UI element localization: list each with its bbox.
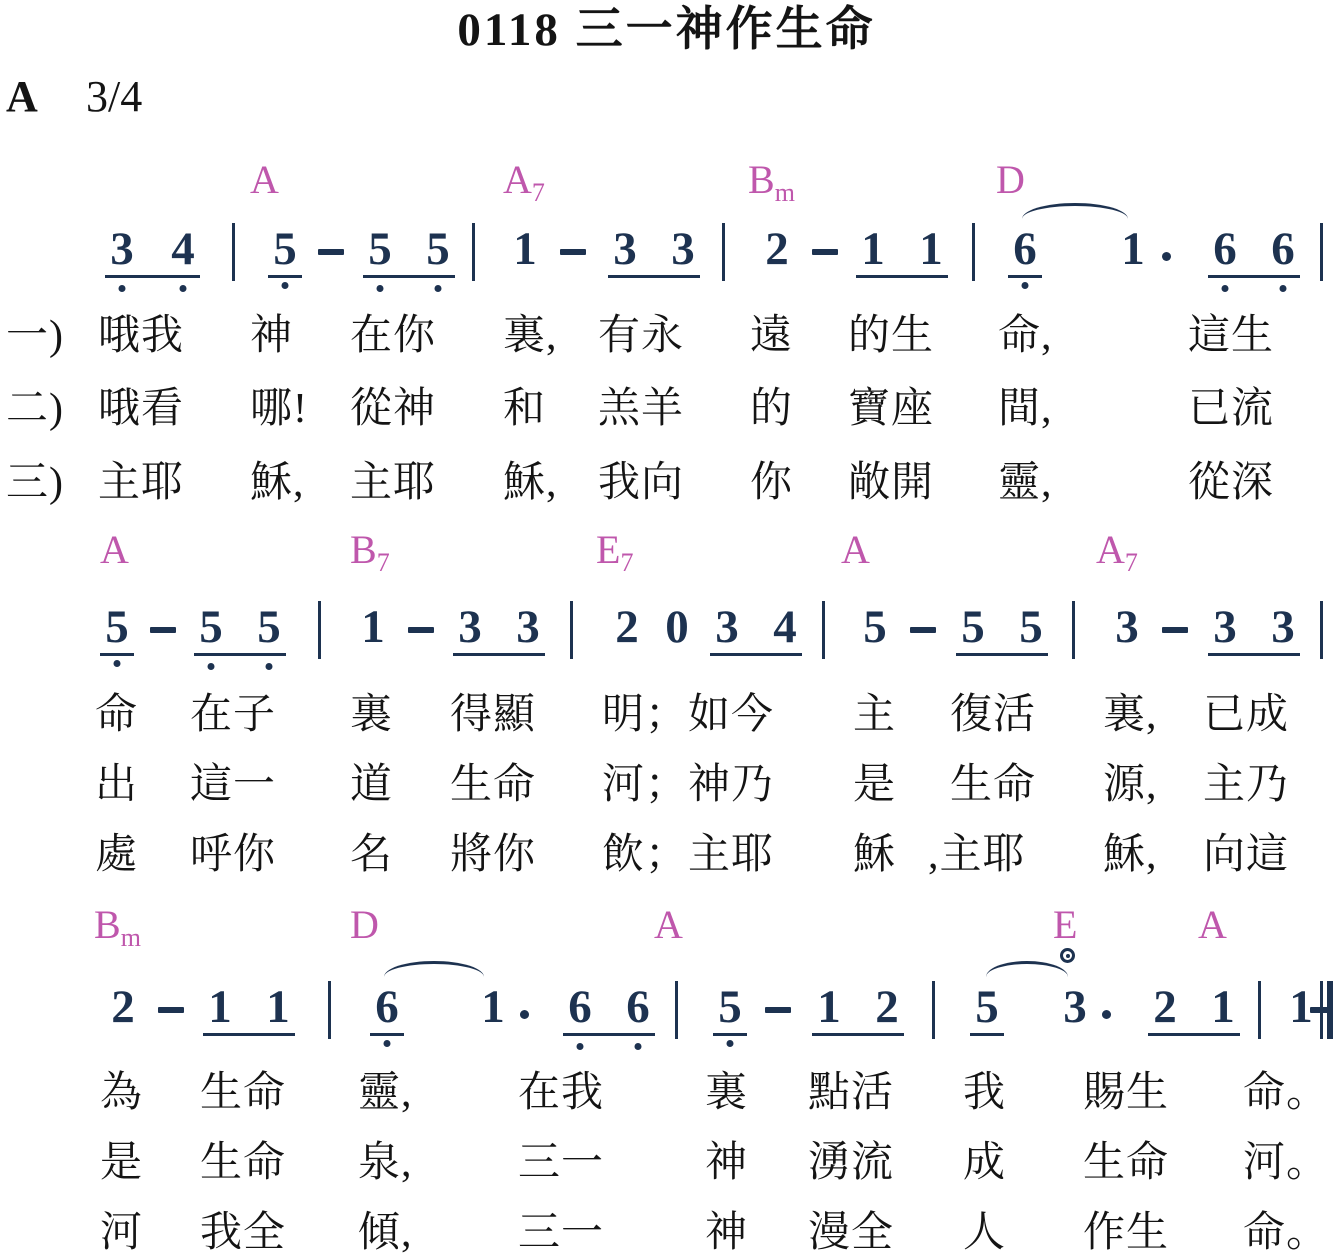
note-digit: 4 (166, 222, 200, 278)
lyric-segment: ,主耶 (928, 832, 1026, 878)
note-digit: 3 (1058, 980, 1092, 1036)
chord-label: Bm (748, 158, 795, 215)
lyric-segment: 河 (100, 1210, 143, 1256)
beamed-note-group: 12 (812, 980, 904, 1036)
lyric-segment: 河。 (1243, 1140, 1329, 1186)
duration-dash (158, 1007, 184, 1013)
note-digit: 1 (356, 600, 390, 656)
lyric-segment: 敞開 (848, 460, 934, 506)
note-digit: 3 (1208, 600, 1242, 656)
chord-subscript: m (775, 178, 795, 207)
note-digit: 6 (621, 980, 655, 1036)
note-digit: 5 (252, 600, 286, 656)
note-digit: 2 (106, 980, 140, 1036)
note-digit: 2 (760, 222, 794, 278)
duration-dash (318, 249, 344, 255)
note-digit: 5 (1014, 600, 1048, 656)
note-digit: 1 (1206, 980, 1240, 1036)
lyric-segment: 漫全 (808, 1210, 894, 1256)
note-digit: 5 (100, 600, 134, 656)
note-digit: 5 (421, 222, 455, 278)
low-octave-dot (119, 285, 126, 292)
barline (675, 981, 678, 1039)
lyric-segment: 源, (1103, 762, 1158, 808)
note-digit: 3 (453, 600, 487, 656)
lyric-segment: 主耶 (350, 460, 436, 506)
lyric-segment: 神 (250, 313, 293, 359)
note-digit: 1 (476, 980, 510, 1036)
low-octave-dot (377, 285, 384, 292)
lyric-segment: 裏, (503, 313, 558, 359)
duration-dash (910, 627, 936, 633)
note-digit: 1 (261, 980, 295, 1036)
lyric-segment: 點活 (808, 1070, 894, 1116)
lyric-segment: 得顯 (450, 692, 536, 738)
lyric-segment: 羔羊 (598, 386, 684, 432)
note-digit: 1 (812, 980, 846, 1036)
beamed-note-group: 33 (1208, 600, 1300, 656)
lyric-segment: 穌, (1103, 832, 1158, 878)
duration-dash (560, 249, 586, 255)
lyric-segment: 生命 (950, 762, 1036, 808)
low-octave-dot (180, 285, 187, 292)
beamed-note-group: 11 (203, 980, 295, 1036)
augmentation-dot (1162, 252, 1171, 261)
lyric-segment: 是 (100, 1140, 143, 1186)
note-digit: 5 (194, 600, 228, 656)
chord-label: D (996, 158, 1025, 202)
note-digit: 1 (914, 222, 948, 278)
lyric-segment: 三一 (518, 1140, 604, 1186)
note-digit: 2 (610, 600, 644, 656)
barline (1320, 601, 1323, 659)
beamed-note-group: 55 (363, 222, 455, 278)
barline (1320, 223, 1323, 281)
chord-subscript: m (121, 923, 141, 952)
note-digit: 5 (363, 222, 397, 278)
lyric-segment: 出 (95, 762, 138, 808)
lyric-segment: 三一 (518, 1210, 604, 1256)
barline (328, 981, 331, 1039)
chord-label: A (841, 528, 870, 572)
note-digit: 5 (970, 980, 1004, 1036)
lyric-segment: 裏 (705, 1070, 748, 1116)
chord-label: A (654, 903, 683, 947)
lyric-segment: 主耶 (98, 460, 184, 506)
hymn-sheet: 0118 三一神作生命 A 3/4 AA7BmD345551332116166一… (0, 0, 1333, 1260)
chord-label: A (250, 158, 279, 202)
note-digit: 6 (1208, 222, 1242, 278)
note-digit: 3 (608, 222, 642, 278)
duration-dash (408, 627, 434, 633)
lyric-segment: 成 (963, 1140, 1006, 1186)
lyric-segment: 你 (750, 460, 793, 506)
lyric-segment: 處 (95, 832, 138, 878)
lyric-segment: 賜生 (1083, 1070, 1169, 1116)
lyric-segment: 飲；主耶 (602, 832, 774, 878)
note-digit: 6 (1008, 222, 1042, 278)
lyric-segment: 哦我 (98, 313, 184, 359)
barline (232, 223, 235, 281)
lyric-segment: 命 (95, 692, 138, 738)
lyric-segment: 命, (998, 313, 1053, 359)
barline (932, 981, 935, 1039)
note-digit: 1 (1116, 222, 1150, 278)
lyric-segment: 二) (6, 386, 64, 432)
lyric-segment: 人 (963, 1210, 1006, 1256)
lyric-segment: 向這 (1203, 832, 1289, 878)
chord-label: A7 (1096, 528, 1138, 585)
lyric-segment: 在我 (518, 1070, 604, 1116)
chord-label: B7 (350, 528, 390, 585)
note-digit: 1 (203, 980, 237, 1036)
note-digit: 3 (710, 600, 744, 656)
lyric-segment: 我 (963, 1070, 1006, 1116)
lyric-segment: 我向 (598, 460, 684, 506)
chord-label: A (100, 528, 129, 572)
chord-label: E (1053, 903, 1077, 947)
lyric-segment: 穌 (853, 832, 896, 878)
note-digit: 3 (666, 222, 700, 278)
lyric-segment: 傾, (358, 1210, 413, 1256)
low-octave-dot (1280, 285, 1287, 292)
low-octave-dot (266, 663, 273, 670)
chord-label: A (1198, 903, 1227, 947)
final-barline-thick (1327, 981, 1333, 1039)
beamed-note-group: 34 (105, 222, 200, 278)
note-digit: 1 (856, 222, 890, 278)
lyric-segment: 哦看 (98, 386, 184, 432)
lyric-segment: 三) (6, 460, 64, 506)
note-digit: 1 (508, 222, 542, 278)
beamed-note-group: 66 (1208, 222, 1300, 278)
lyric-segment: 是 (853, 762, 896, 808)
lyric-segment: 已成 (1203, 692, 1289, 738)
slur-arc (384, 961, 484, 977)
barline (1258, 981, 1261, 1039)
lyric-segment: 靈, (358, 1070, 413, 1116)
song-title: 0118 三一神作生命 (0, 2, 1333, 58)
lyric-segment: 有永 (598, 313, 684, 359)
lyric-segment: 一) (6, 313, 64, 359)
lyric-segment: 神 (705, 1210, 748, 1256)
chord-subscript: 7 (1125, 548, 1138, 577)
barline (1072, 601, 1075, 659)
chord-label: D (350, 903, 379, 947)
lyric-segment: 明；如今 (602, 692, 774, 738)
lyric-segment: 遠 (750, 313, 793, 359)
barline (570, 601, 573, 659)
lyric-segment: 靈, (998, 460, 1053, 506)
lyric-segment: 泉, (358, 1140, 413, 1186)
barline (722, 223, 725, 281)
lyric-segment: 命。 (1243, 1210, 1329, 1256)
augmentation-dot (1102, 1010, 1111, 1019)
lyric-segment: 間, (998, 386, 1053, 432)
lyric-segment: 復活 (950, 692, 1036, 738)
lyric-segment: 寶座 (848, 386, 934, 432)
lyric-segment: 穌, (250, 460, 305, 506)
lyric-segment: 主 (853, 692, 896, 738)
beamed-note-group: 55 (194, 600, 286, 656)
duration-dash (812, 249, 838, 255)
note-digit: 2 (1148, 980, 1182, 1036)
low-octave-dot (435, 285, 442, 292)
slur-arc (986, 961, 1068, 977)
lyric-segment: 在子 (190, 692, 276, 738)
chord-subscript: 7 (377, 548, 390, 577)
duration-dash (765, 1007, 791, 1013)
lyric-segment: 我全 (200, 1210, 286, 1256)
beamed-note-group: 33 (608, 222, 700, 278)
low-octave-dot (1222, 285, 1229, 292)
lyric-segment: 生命 (450, 762, 536, 808)
lyric-segment: 穌, (503, 460, 558, 506)
note-digit: 6 (370, 980, 404, 1036)
lyric-segment: 在你 (350, 313, 436, 359)
chord-label: A7 (503, 158, 545, 215)
beamed-note-group: 11 (856, 222, 948, 278)
lyric-segment: 河；神乃 (602, 762, 774, 808)
lyric-segment: 這生 (1188, 313, 1274, 359)
lyric-segment: 已流 (1188, 386, 1274, 432)
fermata-dot (1066, 954, 1070, 958)
note-digit: 3 (105, 222, 139, 278)
fermata-icon (1060, 948, 1075, 963)
low-octave-dot (727, 1040, 734, 1047)
chord-label: E7 (596, 528, 633, 585)
barline (472, 223, 475, 281)
lyric-segment: 名 (350, 832, 393, 878)
slur-arc (1022, 203, 1128, 219)
lyric-segment: 裏 (350, 692, 393, 738)
lyric-segment: 命。 (1243, 1070, 1329, 1116)
lyric-segment: 將你 (450, 832, 536, 878)
lyric-segment: 呼你 (190, 832, 276, 878)
lyric-segment: 為 (100, 1070, 143, 1116)
lyric-segment: 的 (750, 386, 793, 432)
lyric-segment: 神 (705, 1140, 748, 1186)
lyric-segment: 和 (503, 386, 546, 432)
lyric-segment: 生命 (200, 1070, 286, 1116)
chord-subscript: 7 (532, 178, 545, 207)
lyric-segment: 主乃 (1203, 762, 1289, 808)
barline (972, 223, 975, 281)
augmentation-dot (520, 1010, 529, 1019)
beamed-note-group: 55 (956, 600, 1048, 656)
duration-dash (1162, 627, 1188, 633)
chord-label: Bm (94, 903, 141, 960)
barline (318, 601, 321, 659)
beamed-note-group: 66 (563, 980, 655, 1036)
lyric-segment: 從神 (350, 386, 436, 432)
key-signature: A (6, 72, 38, 122)
note-digit: 6 (563, 980, 597, 1036)
lyric-segment: 湧流 (808, 1140, 894, 1186)
lyric-segment: 從深 (1188, 460, 1274, 506)
note-digit: 3 (1266, 600, 1300, 656)
beamed-note-group: 33 (453, 600, 545, 656)
lyric-segment: 生命 (200, 1140, 286, 1186)
lyric-segment: 作生 (1083, 1210, 1169, 1256)
lyric-segment: 道 (350, 762, 393, 808)
beamed-note-group: 21 (1148, 980, 1240, 1036)
note-digit: 3 (511, 600, 545, 656)
lyric-segment: 哪! (250, 386, 308, 432)
low-octave-dot (1022, 282, 1029, 289)
lyric-segment: 的生 (848, 313, 934, 359)
note-digit: 0 (660, 600, 694, 656)
lyric-segment: 裏, (1103, 692, 1158, 738)
note-digit: 5 (858, 600, 892, 656)
note-digit: 2 (870, 980, 904, 1036)
note-digit: 5 (268, 222, 302, 278)
low-octave-dot (114, 660, 121, 667)
low-octave-dot (384, 1040, 391, 1047)
note-digit: 4 (768, 600, 802, 656)
barline (822, 601, 825, 659)
time-signature: 3/4 (86, 72, 142, 122)
low-octave-dot (282, 282, 289, 289)
note-digit: 3 (1110, 600, 1144, 656)
lyric-segment: 這一 (190, 762, 276, 808)
note-digit: 5 (956, 600, 990, 656)
low-octave-dot (577, 1043, 584, 1050)
lyric-segment: 生命 (1083, 1140, 1169, 1186)
duration-dash (150, 627, 176, 633)
note-digit: 5 (713, 980, 747, 1036)
beamed-note-group: 34 (710, 600, 802, 656)
final-barline-thin (1320, 981, 1323, 1039)
low-octave-dot (208, 663, 215, 670)
low-octave-dot (635, 1043, 642, 1050)
note-digit: 6 (1266, 222, 1300, 278)
chord-subscript: 7 (620, 548, 633, 577)
